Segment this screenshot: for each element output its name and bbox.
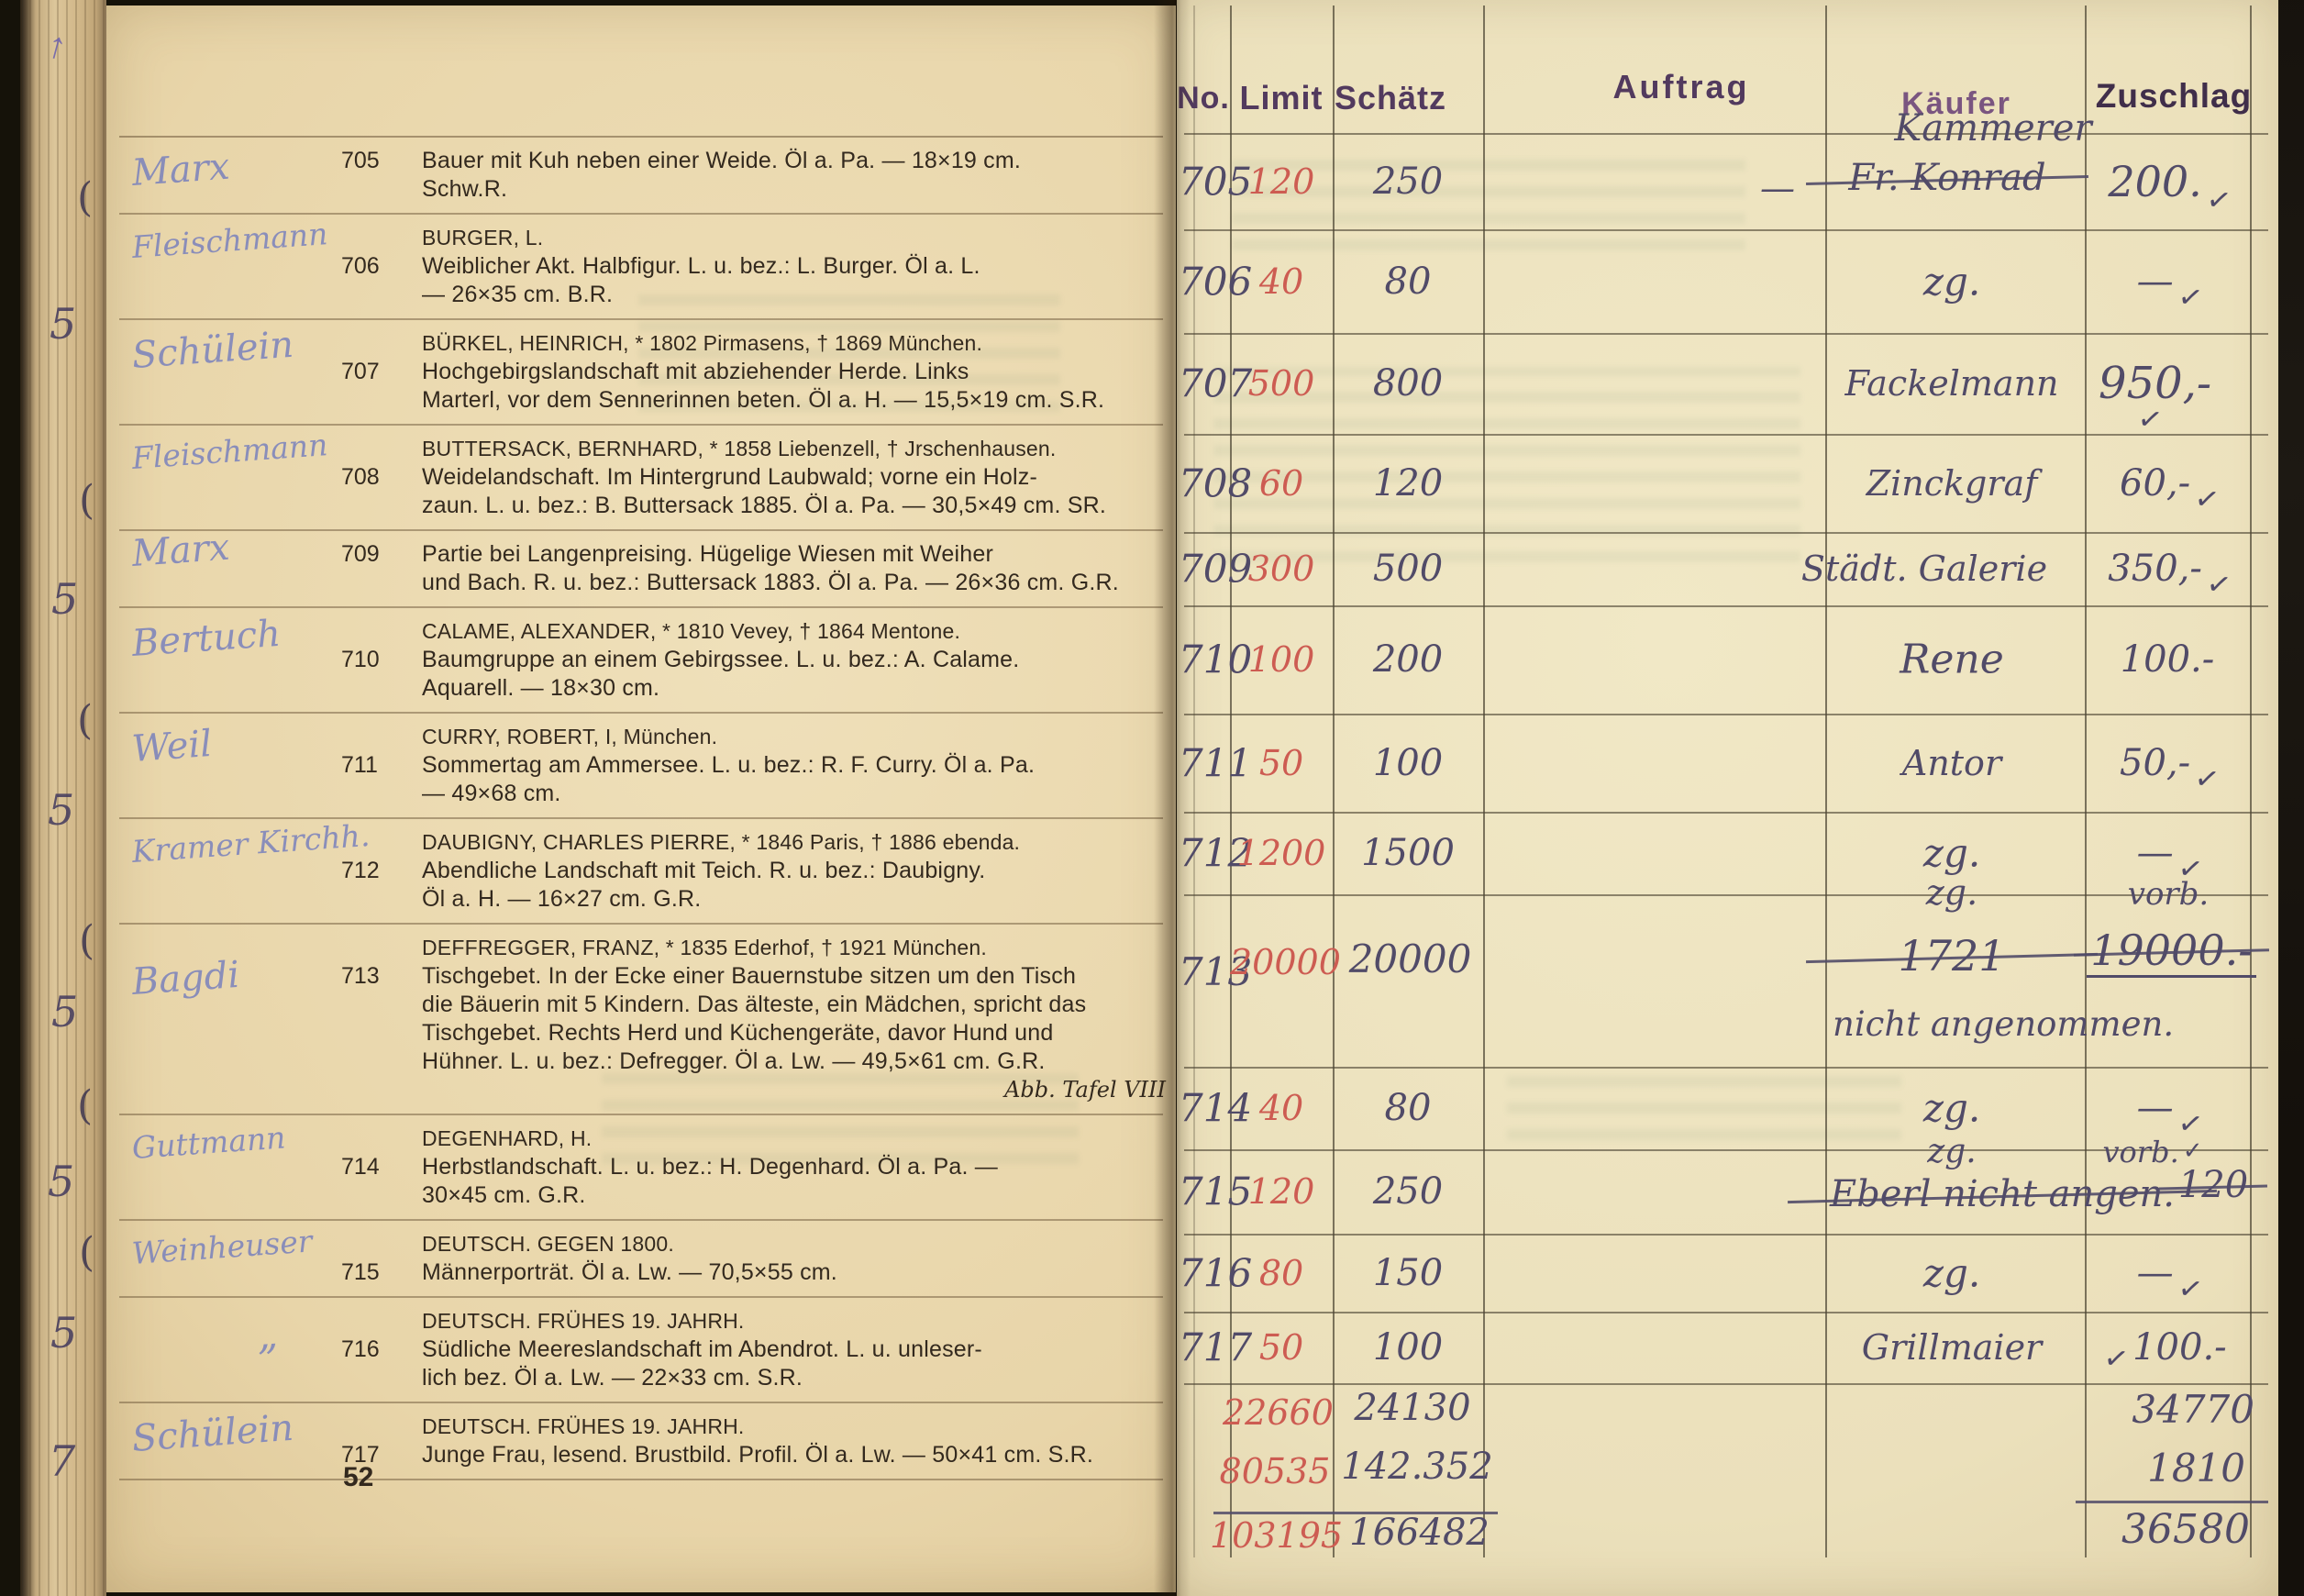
margin-buyer-name: Fleischmann	[131, 426, 344, 476]
artist-name: DAUBIGNY, CHARLES PIERRE, * 1846 Paris, …	[341, 828, 1171, 857]
plate-reference: Abb. Tafel VIII	[341, 1076, 1171, 1104]
edge-bracket-mark: (	[77, 1082, 93, 1129]
check-mark: ✓	[2204, 565, 2234, 604]
hammer-total-2: 1810	[2089, 1446, 2245, 1491]
ledger-row: 711 50 100 Antor 50,-✓	[1177, 714, 2277, 812]
entry-text: 705Bauer mit Kuh neben einer Weide. Öl a…	[341, 147, 1171, 204]
estimate-value: 100	[1335, 1326, 1481, 1369]
hammer-total-1: 34770	[2089, 1387, 2254, 1432]
hammer-price: 50,-✓	[2085, 742, 2250, 784]
lot-number: 714	[341, 1153, 422, 1181]
artist-name: BURGER, L.	[341, 224, 1171, 252]
ledger-row: 717 50 100 Grillmaier ✓100.-	[1177, 1312, 2277, 1383]
entry-713: Bagdi DEFFREGGER, FRANZ, * 1835 Ederhof,…	[119, 925, 1163, 1115]
not-accepted-note: nicht angenommen.	[1833, 1004, 2268, 1044]
page-number: 52	[343, 1462, 373, 1493]
entry-text: BUTTERSACK, BERNHARD, * 1858 Liebenzell,…	[341, 435, 1171, 520]
price-struck: 120	[2172, 1164, 2254, 1206]
hammer-price: —✓	[2085, 832, 2250, 874]
entry-708: Fleischmann BUTTERSACK, BERNHARD, * 1858…	[119, 426, 1163, 531]
lot-line: Tischgebet. Rechts Herd und Küchengeräte…	[341, 1019, 1171, 1047]
ledger-row: 708 60 120 Zinckgraf 60,-✓	[1177, 434, 2277, 532]
limit-value: 120	[1230, 1171, 1333, 1212]
estimate-value: 150	[1335, 1252, 1481, 1294]
hammer-price: 200.✓	[2085, 157, 2250, 206]
lot-line: lich bez. Öl a. Lw. — 22×33 cm. S.R.	[341, 1364, 1171, 1392]
lot-title: Tischgebet. In der Ecke einer Bauernstub…	[422, 962, 1171, 991]
ledger-row: 706 40 80 zg. —✓	[1177, 229, 2277, 333]
lot-number: 707	[341, 358, 422, 386]
header-limit: Limit	[1230, 79, 1333, 117]
lot-line: — 26×35 cm. B.R.	[341, 281, 1171, 309]
artist-name: DEUTSCH. GEGEN 1800.	[341, 1230, 1171, 1258]
edge-digit: 5	[48, 1160, 74, 1203]
entry-text: DEUTSCH. FRÜHES 19. JAHRH. 717Junge Frau…	[341, 1413, 1171, 1469]
edge-bracket-mark: (	[77, 174, 93, 221]
entry-text: CURRY, ROBERT, I, München. 711Sommertag …	[341, 723, 1171, 808]
limit-value: 120	[1230, 161, 1333, 202]
lot-number: 712	[341, 857, 422, 885]
entry-text: BÜRKEL, HEINRICH, * 1802 Pirmasens, † 18…	[341, 329, 1171, 415]
lot-line: 30×45 cm. G.R.	[341, 1181, 1171, 1210]
check-mark: ✓	[2192, 479, 2222, 517]
estimate-total-final: 166482	[1335, 1512, 1504, 1554]
edge-bracket-mark: (	[77, 697, 93, 744]
entry-716: „ DEUTSCH. FRÜHES 19. JAHRH. 716Südliche…	[119, 1298, 1163, 1403]
margin-buyer-name: Marx	[130, 138, 344, 194]
buyer-note-zg: zg.	[1819, 872, 2085, 913]
lot-number: 713	[341, 962, 422, 991]
margin-buyer-name: Schülein	[130, 320, 344, 377]
lot-title: Sommertag am Ammersee. L. u. bez.: R. F.…	[422, 751, 1171, 780]
book-cover-edge	[2278, 0, 2304, 1596]
lot-title: Abendliche Landschaft mit Teich. R. u. b…	[422, 857, 1171, 885]
limit-value: 1200	[1230, 833, 1333, 873]
entry-text: DEUTSCH. GEGEN 1800. 715Männerporträt. Ö…	[341, 1230, 1171, 1287]
artist-name: DEGENHARD, H.	[341, 1125, 1171, 1153]
lot-line: — 49×68 cm.	[341, 780, 1171, 808]
ledger-row: 705 120 250 — Kammerer Fr. Konrad 200.✓	[1177, 133, 2277, 229]
estimate-value: 1500	[1335, 832, 1481, 874]
edge-bracket-mark: (	[79, 1229, 94, 1276]
catalog-entries: Marx 705Bauer mit Kuh neben einer Weide.…	[119, 136, 1163, 1480]
lot-line: Marterl, vor dem Sennerinnen beten. Öl a…	[341, 386, 1171, 415]
estimate-value: 250	[1335, 161, 1481, 203]
lot-title: Weidelandschaft. Im Hintergrund Laubwald…	[422, 463, 1171, 492]
lot-number: 711	[341, 751, 422, 780]
edge-digit: 7	[49, 1440, 75, 1482]
margin-buyer-name: Schülein	[130, 1403, 344, 1460]
estimate-value: 80	[1335, 260, 1481, 303]
limit-total-final: 103195	[1210, 1515, 1333, 1556]
lot-title: Weiblicher Akt. Halbfigur. L. u. bez.: L…	[422, 252, 1171, 281]
limit-value: 500	[1230, 363, 1333, 404]
estimate-value: 100	[1335, 742, 1481, 784]
sum-rule	[2076, 1501, 2268, 1503]
margin-buyer-name: Weinheuser	[131, 1221, 344, 1271]
edge-digit: 5	[51, 578, 78, 620]
check-mark: ✓	[2175, 277, 2205, 316]
estimate-value: 80	[1335, 1087, 1481, 1129]
lot-number: 710	[341, 646, 422, 674]
buyer-name: Städt. Galerie	[1764, 549, 2085, 589]
entry-705: Marx 705Bauer mit Kuh neben einer Weide.…	[119, 138, 1163, 215]
catalog-page-left: Marx 705Bauer mit Kuh neben einer Weide.…	[106, 6, 1176, 1592]
hammer-price: 100.-	[2085, 638, 2250, 681]
artist-name: BUTTERSACK, BERNHARD, * 1858 Liebenzell,…	[341, 435, 1171, 463]
check-mark: ✓	[2183, 1137, 2203, 1165]
lot-title: Partie bei Langenpreising. Hügelige Wies…	[422, 540, 1171, 569]
hammer-price: 950,-✓	[2085, 358, 2250, 409]
limit-total-1: 22660	[1223, 1392, 1333, 1433]
limit-value: 40	[1230, 261, 1333, 302]
check-mark: ✓	[2101, 1339, 2132, 1378]
ledger-row: 715 120 250 zg. vorb.✓ Eberl nicht angen…	[1177, 1149, 2277, 1234]
row-line	[1184, 1383, 2268, 1385]
estimate-value: 200	[1335, 638, 1481, 681]
entry-714: Guttmann DEGENHARD, H. 714Herbstlandscha…	[119, 1115, 1163, 1221]
estimate-value: 500	[1335, 548, 1481, 590]
estimate-value: 800	[1335, 362, 1481, 405]
estimate-value: 120	[1335, 462, 1481, 504]
hammer-price: —✓	[2085, 260, 2250, 303]
header-schaetz: Schätz	[1335, 79, 1509, 117]
entry-text: 709Partie bei Langenpreising. Hügelige W…	[341, 540, 1171, 597]
buyer-name: Fackelmann	[1819, 363, 2085, 404]
buyer-name: Zinckgraf	[1819, 463, 2085, 504]
lot-line: und Bach. R. u. bez.: Buttersack 1883. Ö…	[341, 569, 1171, 597]
lot-line: die Bäuerin mit 5 Kindern. Das älteste, …	[341, 991, 1171, 1019]
price-struck: 19000.-	[2087, 925, 2256, 978]
buyer-note-zg: zg.	[1819, 1133, 2085, 1170]
ledger-row: 707 500 800 Fackelmann 950,-✓	[1177, 333, 2277, 434]
lot-number: 706	[341, 252, 422, 281]
artist-name: CALAME, ALEXANDER, * 1810 Vevey, † 1864 …	[341, 617, 1171, 646]
limit-value: 50	[1230, 1327, 1333, 1368]
entry-text: DAUBIGNY, CHARLES PIERRE, * 1846 Paris, …	[341, 828, 1171, 914]
margin-buyer-name: Weil	[130, 714, 344, 770]
artist-name: CURRY, ROBERT, I, München.	[341, 723, 1171, 751]
check-mark: ✓	[2192, 759, 2222, 797]
hammer-price: 60,-✓	[2085, 462, 2250, 504]
book-spine-page-edges: ↑ 5 5 5 5 5 5 7 ( ( ( ( ( (	[20, 0, 106, 1596]
estimate-total-2: 142.352	[1335, 1446, 1500, 1488]
buyer-name: zg.	[1819, 1086, 2085, 1131]
lot-line: Aquarell. — 18×30 cm.	[341, 674, 1171, 703]
edge-digit: 5	[48, 789, 74, 831]
entry-710: Bertuch CALAME, ALEXANDER, * 1810 Vevey,…	[119, 608, 1163, 714]
lot-number: 715	[341, 1258, 422, 1287]
lot-number: 705	[341, 147, 422, 175]
ledger-page-right: No. Limit Schätz Auftrag Käufer Zuschlag…	[1177, 0, 2278, 1596]
lot-title: Baumgruppe an einem Gebirgssee. L. u. be…	[422, 646, 1171, 674]
entry-text: CALAME, ALEXANDER, * 1810 Vevey, † 1864 …	[341, 617, 1171, 703]
lot-title: Bauer mit Kuh neben einer Weide. Öl a. P…	[422, 147, 1171, 175]
buyer-name: Kammerer	[1855, 107, 2131, 150]
buyer-name: Rene	[1819, 637, 2085, 683]
buyer-name-struck: Eberl nicht angen.	[1800, 1173, 2204, 1215]
buyer-name: Antor	[1819, 743, 2085, 783]
limit-value: 50	[1230, 743, 1333, 783]
margin-buyer-name: Kramer Kirchh.	[131, 819, 344, 870]
check-mark: ✓	[2135, 400, 2166, 438]
entry-712: Kramer Kirchh. DAUBIGNY, CHARLES PIERRE,…	[119, 819, 1163, 925]
limit-total-2: 80535	[1217, 1451, 1333, 1491]
margin-buyer-name: Bagdi	[130, 947, 344, 1003]
artist-name: DEUTSCH. FRÜHES 19. JAHRH.	[341, 1413, 1171, 1441]
lot-line: Hühner. L. u. bez.: Defregger. Öl a. Lw.…	[341, 1047, 1171, 1076]
header-auftrag: Auftrag	[1534, 68, 1828, 106]
limit-value: 80	[1230, 1253, 1333, 1293]
limit-value: 300	[1230, 549, 1333, 589]
ledger-row: 716 80 150 zg. —✓	[1177, 1234, 2277, 1312]
entry-text: DEFFREGGER, FRANZ, * 1835 Ederhof, † 192…	[341, 934, 1171, 1104]
hammer-total-final: 36580	[2085, 1506, 2250, 1553]
edge-digit: 5	[50, 1312, 77, 1354]
margin-buyer-name: Bertuch	[130, 608, 344, 665]
limit-value: 100	[1230, 639, 1333, 680]
entry-text: DEGENHARD, H. 714Herbstlandschaft. L. u.…	[341, 1125, 1171, 1210]
lot-title: Junge Frau, lesend. Brustbild. Profil. Ö…	[422, 1441, 1171, 1469]
entry-706: Fleischmann BURGER, L. 706Weiblicher Akt…	[119, 215, 1163, 320]
limit-value: 20000	[1230, 942, 1338, 982]
edge-bracket-mark: (	[79, 477, 94, 524]
hammer-price: —✓	[2085, 1087, 2250, 1129]
entry-709: Marx 709Partie bei Langenpreising. Hügel…	[119, 531, 1163, 608]
estimate-value: 250	[1335, 1170, 1481, 1213]
book-spread-scan: ↑ 5 5 5 5 5 5 7 ( ( ( ( ( ( Marx 705Baue…	[0, 0, 2304, 1596]
margin-buyer-name: Fleischmann	[131, 215, 344, 265]
edge-bracket-mark: (	[79, 917, 94, 964]
ledger-row: 713 20000 20000 zg. vorb. 1721 19000.- n…	[1177, 894, 2277, 1067]
entry-715: Weinheuser DEUTSCH. GEGEN 1800. 715Männe…	[119, 1221, 1163, 1298]
buyer-name: zg.	[1819, 1250, 2085, 1295]
entry-707: Schülein BÜRKEL, HEINRICH, * 1802 Pirmas…	[119, 320, 1163, 426]
limit-value: 60	[1230, 463, 1333, 504]
lot-number: 709	[341, 540, 422, 569]
lot-line: zaun. L. u. bez.: B. Buttersack 1885. Öl…	[341, 492, 1171, 520]
ledger-row: 709 300 500 Städt. Galerie 350,-✓	[1177, 532, 2277, 605]
lot-title: Männerporträt. Öl a. Lw. — 70,5×55 cm.	[422, 1258, 1171, 1287]
book-gutter-shadow	[1154, 0, 1191, 1596]
estimate-total-1: 24130	[1335, 1387, 1490, 1429]
buyer-name-struck: Fr. Konrad	[1819, 157, 2076, 199]
check-mark: ✓	[2175, 1269, 2205, 1307]
lot-number: 708	[341, 463, 422, 492]
artist-name: BÜRKEL, HEINRICH, * 1802 Pirmasens, † 18…	[341, 329, 1171, 358]
check-mark: ✓	[2204, 180, 2234, 218]
buyer-number-struck: 1721	[1819, 931, 2085, 981]
limit-value: 40	[1230, 1088, 1333, 1128]
hammer-price: ✓100.-	[2085, 1326, 2250, 1369]
buyer-dash: —	[1760, 168, 1795, 208]
margin-buyer-name: Guttmann	[131, 1115, 344, 1166]
edge-digit: 5	[51, 991, 78, 1033]
entry-text: BURGER, L. 706Weiblicher Akt. Halbfigur.…	[341, 224, 1171, 309]
ledger-row: 710 100 200 Rene 100.-	[1177, 605, 2277, 714]
lot-line: Schw.R.	[341, 175, 1171, 204]
entry-711: Weil CURRY, ROBERT, I, München. 711Somme…	[119, 714, 1163, 819]
hammer-price: —✓	[2085, 1252, 2250, 1294]
estimate-value: 20000	[1335, 937, 1486, 981]
lot-title: Hochgebirgslandschaft mit abziehender He…	[422, 358, 1171, 386]
lot-title: Herbstlandschaft. L. u. bez.: H. Degenha…	[422, 1153, 1171, 1181]
lot-line: Öl a. H. — 16×27 cm. G.R.	[341, 885, 1171, 914]
buyer-name: Grillmaier	[1819, 1327, 2085, 1368]
buyer-name: zg.	[1819, 831, 2085, 876]
edge-digit: 5	[50, 303, 76, 345]
buyer-name: zg.	[1819, 259, 2085, 304]
reserved-note: vorb.	[2087, 876, 2250, 913]
entry-717: Schülein DEUTSCH. FRÜHES 19. JAHRH. 717J…	[119, 1403, 1163, 1480]
lot-title: Südliche Meereslandschaft im Abendrot. L…	[422, 1336, 1171, 1364]
artist-name: DEFFREGGER, FRANZ, * 1835 Ederhof, † 192…	[341, 934, 1171, 962]
hammer-price: 350,-✓	[2085, 548, 2250, 590]
